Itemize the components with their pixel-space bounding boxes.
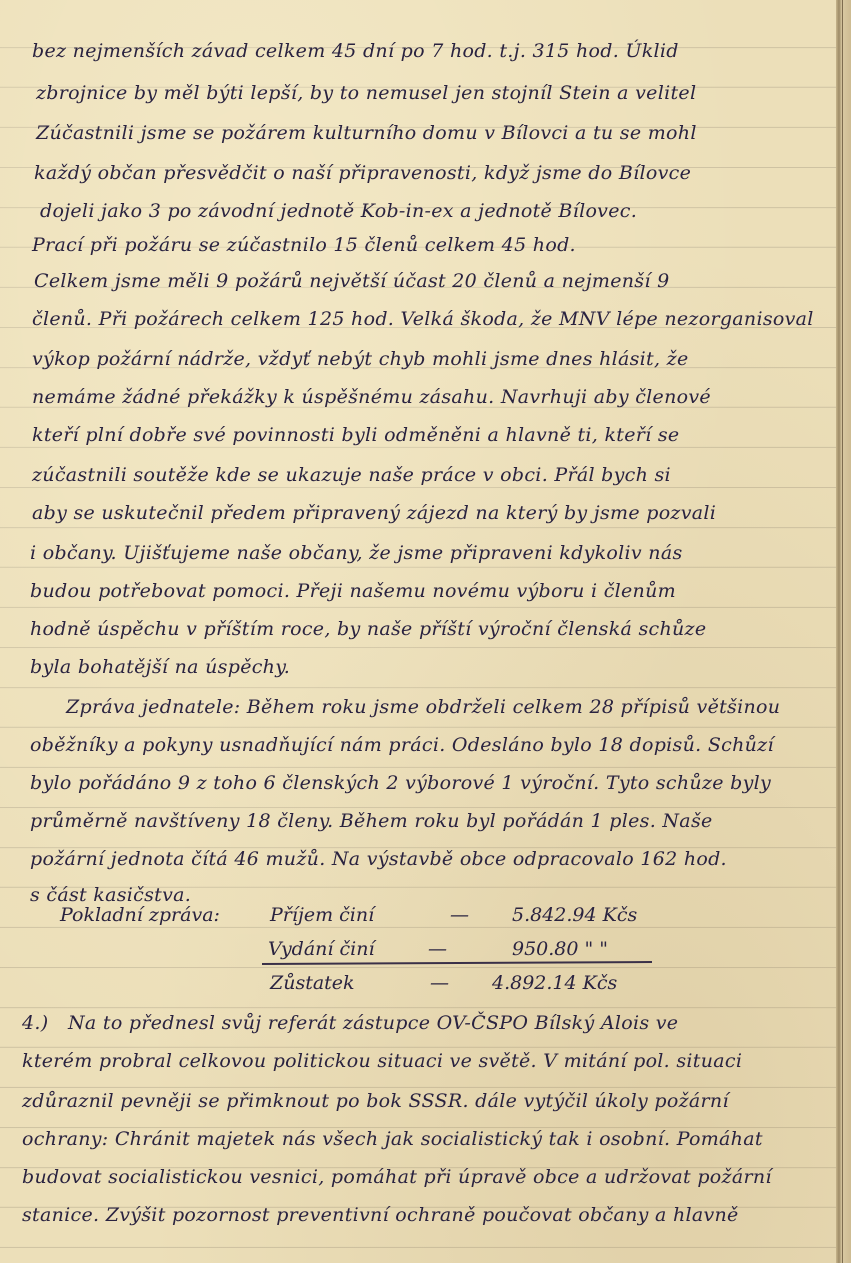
text-line: Celkem jsme měli 9 požárů největší účast… <box>34 270 669 292</box>
text-line: aby se uskutečnil předem připravený záje… <box>32 502 716 524</box>
ledger-dash: — <box>430 972 449 994</box>
ledger-item: Příjem činí <box>270 904 374 926</box>
text-line: zúčastnili soutěže kde se ukazuje naše p… <box>32 464 671 486</box>
sum-underline <box>262 961 652 965</box>
text-line: budovat socialistickou vesnici, pomáhat … <box>22 1166 772 1188</box>
text-line: budou potřebovat pomoci. Přeji našemu no… <box>30 580 676 602</box>
page-edge <box>836 0 851 1263</box>
text-line: nemáme žádné překážky k úspěšnému zásahu… <box>32 386 711 408</box>
text-line: průměrně navštíveny 18 členy. Během roku… <box>30 810 713 832</box>
text-line: výkop požární nádrže, vždyť nebýt chyb m… <box>32 348 689 370</box>
ledger-amount: 4.892.14 Kčs <box>492 972 617 994</box>
ledger-item: Vydání činí <box>268 938 375 960</box>
ledger-item: Zůstatek <box>270 972 355 994</box>
ledger-dash: — <box>428 938 447 960</box>
text-line: stanice. Zvýšit pozornost preventivní oc… <box>22 1204 739 1226</box>
text-line: zbrojnice by měl býti lepší, by to nemus… <box>36 82 696 104</box>
text-line: byla bohatější na úspěchy. <box>30 656 290 678</box>
treasury-label: Pokladní zpráva: <box>60 904 220 926</box>
text-line: ochrany: Chránit majetek nás všech jak s… <box>22 1128 763 1150</box>
text-line: s část kasičstva. <box>30 884 191 906</box>
text-line: dojeli jako 3 po závodní jednotě Kob-in-… <box>40 200 637 222</box>
text-line: zdůraznil pevněji se přimknout po bok SS… <box>22 1090 729 1112</box>
text-line: kteří plní dobře své povinnosti byli odm… <box>32 424 679 446</box>
text-line: i občany. Ujišťujeme naše občany, že jsm… <box>30 542 683 564</box>
ledger-dash: — <box>450 904 469 926</box>
text-line: Prací při požáru se zúčastnilo 15 členů … <box>32 234 576 256</box>
text-line: bez nejmenších závad celkem 45 dní po 7 … <box>32 40 679 62</box>
ledger-amount: 5.842.94 Kčs <box>512 904 637 926</box>
text-line: bylo pořádáno 9 z toho 6 členských 2 výb… <box>30 772 771 794</box>
binding-line <box>842 0 843 1263</box>
text-line: členů. Při požárech celkem 125 hod. Velk… <box>32 308 814 330</box>
text-line: Zúčastnili jsme se požárem kulturního do… <box>36 122 697 144</box>
document-page: bez nejmenších závad celkem 45 dní po 7 … <box>0 0 836 1263</box>
text-line: Na to přednesl svůj referát zástupce OV-… <box>68 1012 678 1034</box>
text-line: kterém probral celkovou politickou situa… <box>22 1050 742 1072</box>
text-line: Zpráva jednatele: Během roku jsme obdrže… <box>66 696 780 718</box>
text-line: každý občan přesvědčit o naší připraveno… <box>34 162 691 184</box>
text-line: požární jednota čítá 46 mužů. Na výstavb… <box>30 848 727 870</box>
ledger-amount: 950.80 " " <box>512 938 608 960</box>
item-number: 4.) <box>22 1012 48 1034</box>
text-line: oběžníky a pokyny usnadňující nám práci.… <box>30 734 774 756</box>
text-line: hodně úspěchu v příštím roce, by naše př… <box>30 618 706 640</box>
